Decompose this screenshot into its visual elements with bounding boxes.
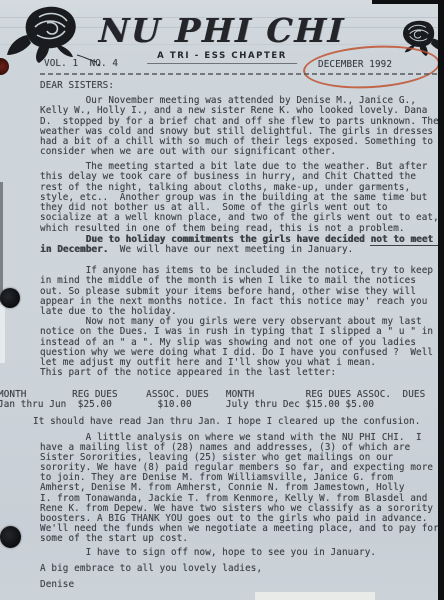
header-divider: [40, 73, 441, 75]
body-paragraph-5: Now not many of you girls were very obse…: [40, 317, 433, 379]
scan-edge-bottom: [255, 592, 375, 600]
notice-text: We will have our next meeting in January…: [108, 244, 353, 255]
newsletter-title: NU PHI CHI: [0, 11, 444, 50]
body-paragraph-7: A little analysis on where we stand with…: [40, 433, 439, 544]
closing-line: A big embrace to all you lovely ladies,: [40, 564, 262, 574]
salutation: DEAR SISTERS:: [40, 81, 114, 91]
signature: Denise: [40, 580, 74, 590]
volume-number: VOL. 1 NO. 4: [44, 59, 118, 69]
hole-punch-mark: [0, 526, 21, 548]
body-paragraph-4: If anyone has items to be included in th…: [40, 266, 433, 317]
notice-underlined-text: not to meet: [370, 234, 438, 246]
scan-edge-left-light: [0, 305, 5, 363]
dues-table-row: Jan thru Jun $25.00 $10.00 July thru Dec…: [0, 400, 374, 410]
correction-line: It should have read Jan thru Jan. I hope…: [33, 417, 420, 427]
hole-punch-mark: [0, 288, 20, 308]
scan-edge-right: [438, 0, 444, 600]
scan-edge-left: [0, 182, 3, 302]
notice-text: in December.: [40, 244, 108, 255]
signoff-line: I have to sign off now, hope to see you …: [40, 548, 376, 558]
holiday-notice-paragraph: Due to holiday commitments the girls hav…: [40, 235, 439, 256]
newsletter-subtitle: A TRI - ESS CHAPTER: [147, 51, 297, 64]
body-paragraph-1: Our November meeting was attended by Den…: [40, 96, 439, 158]
body-paragraph-2: The meeting started a bit late due to th…: [40, 162, 439, 234]
scan-edge-top: [372, 0, 444, 4]
newsletter-page: NU PHI CHI A TRI - ESS CHAPTER VOL. 1 NO…: [0, 0, 444, 600]
